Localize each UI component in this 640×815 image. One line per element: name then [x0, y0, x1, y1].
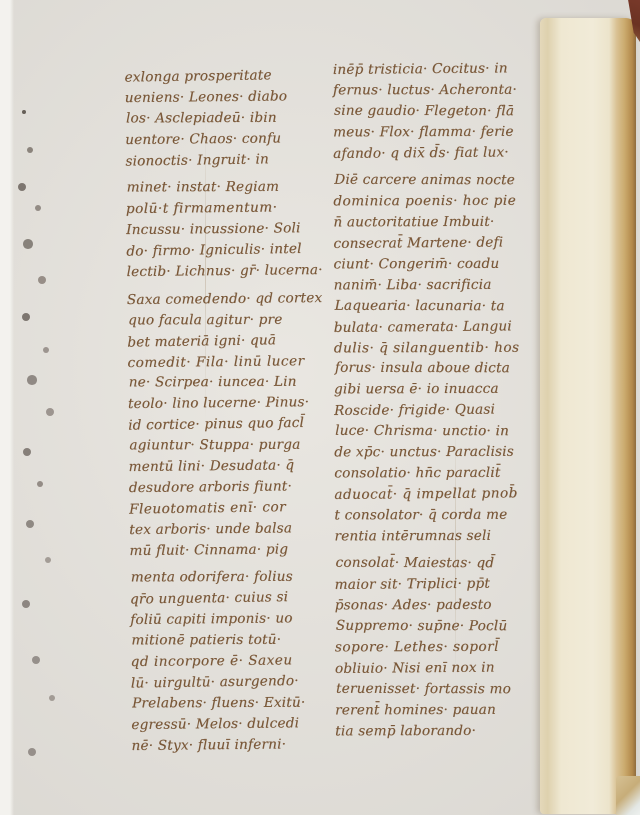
text-line: id cortice· pinus quo facl̄	[128, 413, 328, 437]
text-line: rentia intērumnas seli	[334, 525, 546, 547]
text-line: gibi uersa ē· io inuacca	[334, 379, 546, 401]
text-line: Suppremo· sup̄ne· Poclū	[336, 616, 548, 637]
text-line: nē· Styx· fluuī inferni·	[131, 734, 331, 757]
text-line: forus· insula aboue dicta	[335, 358, 547, 379]
text-line: mitionē patieris totū·	[131, 630, 331, 652]
text-line: luce· Chrisma· unctio· in	[335, 421, 547, 442]
text-line: teolo· lino lucerne· Pinus·	[128, 392, 328, 415]
text-line: consolat̄· Maiestas· qd̄	[336, 553, 548, 574]
text-line: ueniens· Leones· diabo	[125, 86, 325, 109]
bottom-right-page-edges	[616, 776, 640, 815]
text-line: Incussu· incussione· Soli	[126, 218, 326, 241]
text-line: consolatio· hn̄c paraclit̄	[334, 463, 546, 485]
text-line: rerent̄ homines· pauan	[335, 699, 547, 721]
text-line: t consolator· q̄ corda me	[334, 504, 546, 526]
text-line: ciunt· Congerim̄· coadu	[333, 254, 545, 276]
text-line: Saxa comedendo· qd cortex	[127, 288, 327, 311]
text-line: quo facula agitur· pre	[128, 309, 328, 331]
text-line: ne· Scirpea· iuncea· Lin	[129, 372, 329, 394]
text-line: aduocat̄· q̄ impellat pnob̄	[334, 483, 546, 506]
text-line: sopore· Lethes· soporl̄	[335, 637, 547, 659]
text-column-right: inēp̄ tristicia· Cocitus· infernus· luct…	[333, 59, 547, 742]
text-line: agiuntur· Stuppa· purga	[129, 435, 329, 457]
text-line: tex arboris· unde balsa	[129, 518, 329, 541]
text-line: minet· instat· Regiam	[127, 177, 327, 199]
text-line: mentū lini· Desudata· q̄	[128, 455, 328, 478]
text-column-left: exlonga prosperitateueniens· Leones· dia…	[124, 65, 331, 757]
text-line: desudore arboris fiunt·	[129, 476, 329, 499]
text-line: de xp̄c· unctus· Paraclisis	[334, 442, 546, 464]
text-line: Prelabens· fluens· Exitū·	[132, 692, 332, 714]
photo-background: exlonga prosperitateueniens· Leones· dia…	[0, 0, 640, 815]
text-line: bulata· camerata· Langui	[334, 316, 546, 339]
text-line: lū· uirgultū· asurgendo·	[131, 670, 331, 694]
text-line: foliū capiti imponis· uo	[130, 608, 330, 631]
text-line: tia semp̄ laborando·	[335, 720, 547, 742]
text-line: do· firmo· Igniculis· intel	[126, 239, 326, 263]
text-line: comedit· Fila· linū lucer	[127, 351, 327, 374]
text-line: inēp̄ tristicia· Cocitus· in	[333, 58, 545, 81]
manuscript-page: exlonga prosperitateueniens· Leones· dia…	[0, 0, 640, 815]
text-line: afando· q dix̄ d̄s· fiat lux·	[333, 142, 545, 165]
text-line: sionoctis· Ingruit· in	[125, 148, 325, 172]
text-line: Fleuotomatis enī· cor	[129, 496, 329, 520]
text-line: teruenisset· fortassis mo	[336, 679, 548, 700]
text-line: p̄sonas· Ades· padesto	[335, 595, 547, 617]
text-line: meus· Flox· flamma· ferie	[333, 121, 545, 143]
text-line: lectib· Lichnus· gr̄· lucerna·	[126, 260, 326, 283]
text-line: polū·t firmamentum·	[126, 197, 326, 220]
text-line: maior sit· Triplici· pp̄t	[335, 573, 547, 596]
text-line: dulis· q̄ silanguentib· hos	[334, 337, 546, 359]
text-line: consecrat̄ Martene· defi	[333, 232, 545, 255]
text-line: los· Asclepiadeū· ibin	[126, 107, 326, 129]
text-line: dominica poenis· hoc pie	[333, 191, 545, 213]
text-line: menta odorifera· folius	[131, 567, 331, 589]
text-line: mū fluit· Cinnama· pig	[129, 539, 329, 562]
text-line: Laquearia· lacunaria· ta	[335, 296, 547, 317]
text-line: qd incorpore ē· Saxeu	[131, 650, 331, 673]
text-line: sine gaudio· Flegeton· flā	[334, 101, 546, 122]
text-line: fernus· luctus· Acheronta·	[333, 80, 545, 102]
text-line: exlonga prosperitate	[124, 64, 324, 88]
text-line: qr̄o unguenta· cuius si	[130, 587, 330, 611]
gutter-mould-speckles	[22, 110, 26, 114]
text-line: Roscide· frigide· Quasi	[334, 399, 546, 422]
text-line: bet materiā igni· quā	[127, 329, 327, 353]
text-line: obliuio· Nisi enī nox in	[335, 657, 547, 680]
text-line: egressū· Melos· dulcedi	[131, 713, 331, 736]
text-line: uentore· Chaos· confu	[125, 128, 325, 151]
text-line: Diē carcere animas nocte	[334, 170, 546, 191]
text-line: nanim̄· Liba· sacrificia	[334, 275, 546, 297]
text-line: n̄ auctoritatiue Imbuit·	[333, 212, 545, 234]
